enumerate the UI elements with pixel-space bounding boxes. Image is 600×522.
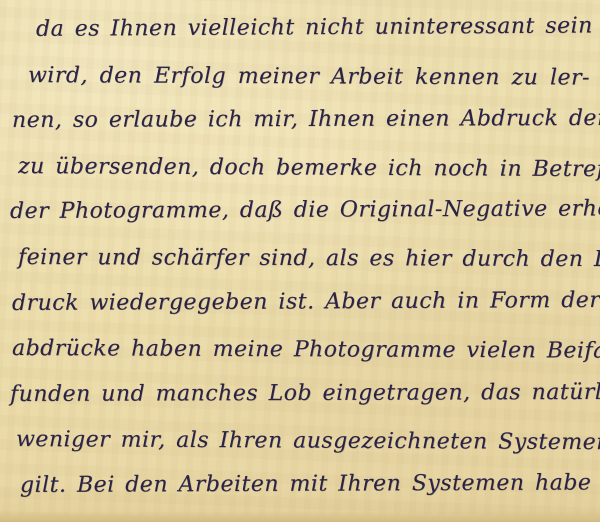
handwritten-line: da es Ihnen vielleicht nicht uninteressa…	[10, 3, 590, 52]
handwritten-line: druck wiedergegeben ist. Aber auch in Fo…	[10, 278, 590, 327]
handwritten-line: funden und manches Lob eingetragen, das …	[10, 370, 590, 418]
letter-page: da es Ihnen vielleicht nicht uninteressa…	[0, 0, 600, 522]
page-bottom-edge	[0, 512, 600, 522]
handwritten-text-block: da es Ihnen vielleicht nicht uninteressa…	[10, 7, 590, 509]
handwritten-line: der Photogramme, daß die Original-Negati…	[10, 187, 590, 235]
handwritten-line: abdrücke haben meine Photogramme vielen …	[10, 326, 590, 374]
handwritten-line: wird, den Erfolg meiner Arbeit kennen zu…	[10, 53, 590, 101]
handwritten-line: zu übersenden, doch bemerke ich noch in …	[10, 144, 590, 193]
handwritten-line: feiner und schärfer sind, als es hier du…	[10, 235, 590, 283]
handwritten-line: weniger mir, als Ihren ausgezeichneten S…	[10, 417, 590, 466]
handwritten-line: nen, so erlaube ich mir, Ihnen einen Abd…	[10, 96, 590, 144]
handwritten-line: gilt. Bei den Arbeiten mit Ihren Systeme…	[10, 460, 590, 508]
